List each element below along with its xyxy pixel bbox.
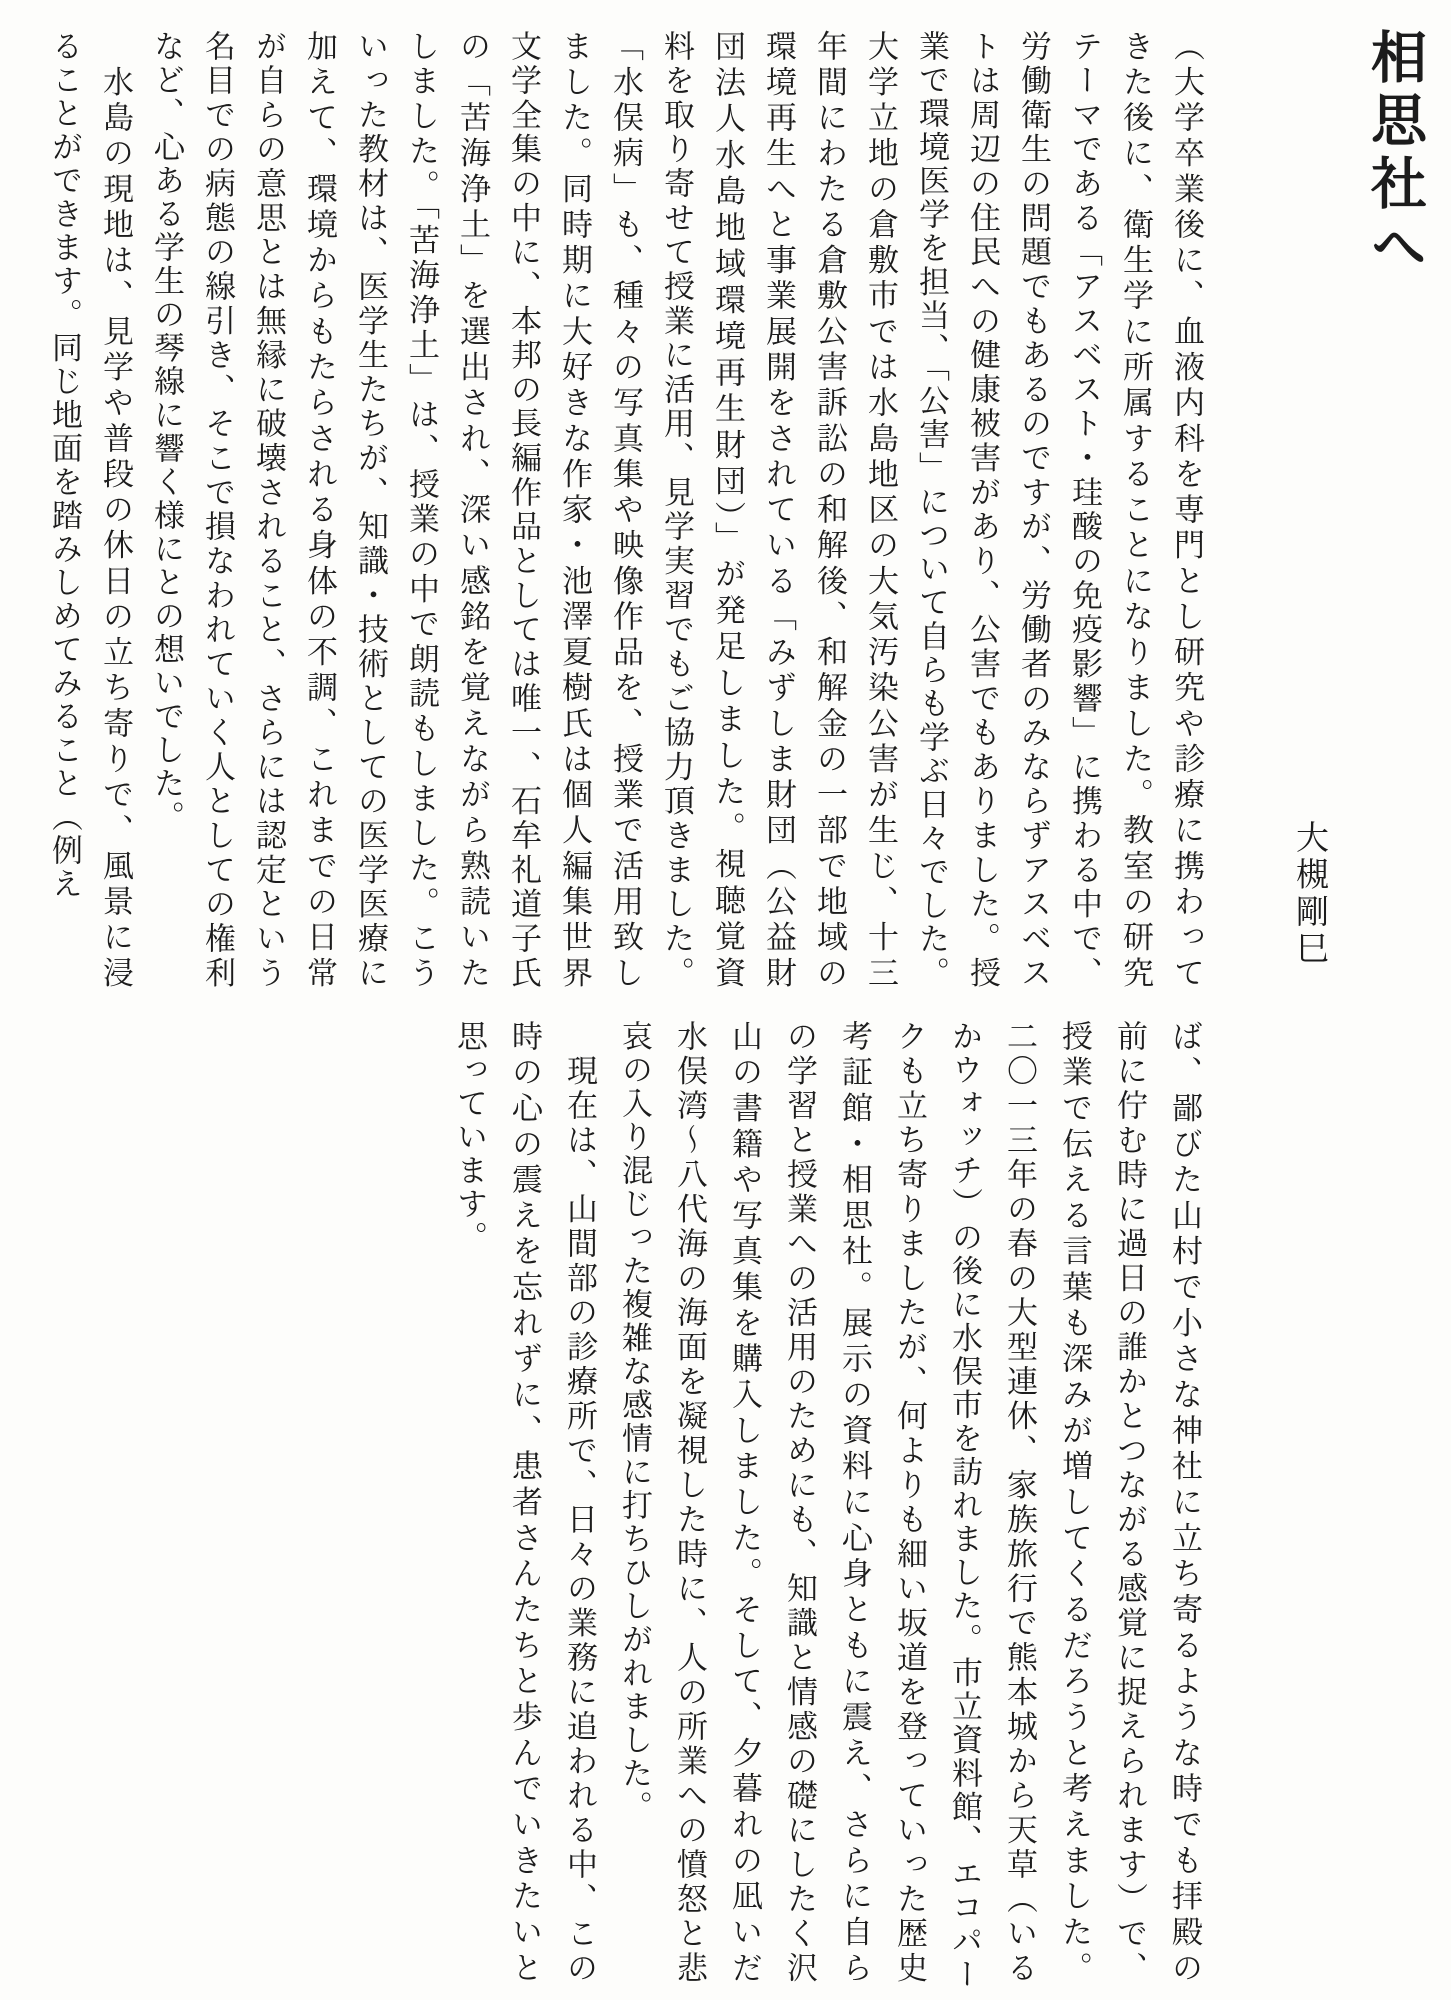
text-column: 労働衛生の問題でもあるのですが、労働者のみならずアスベス — [1008, 30, 1059, 990]
text-column: かウォッチ）の後に水俣市を訪れました。市立資料館、エコパー — [937, 1020, 992, 1985]
text-column: 山の書籍や写真集を購入しました。そして、夕暮れの凪いだ — [717, 1020, 772, 1985]
body-text-upper-block: （大学卒業後に、血液内科を専門とし研究や診療に携わってきた後に、衛生学に所属する… — [39, 30, 1212, 990]
text-column: しました。「苦海浄土」は、授業の中で朗読もしました。こう — [396, 30, 447, 990]
text-column: 授業で伝える言葉も深みが増してくるだろうと考えました。 — [1047, 1020, 1102, 1985]
text-column: の学習と授業への活用のためにも、知識と情感の礎にしたく沢 — [772, 1020, 827, 1985]
body-text-lower-block: ば、鄙びた山村で小さな神社に立ち寄るような時でも拝殿の前に佇む時に過日の誰かとつ… — [442, 1020, 1212, 1985]
text-column: 考証館・相思社。展示の資料に心身ともに震え、さらに自ら — [827, 1020, 882, 1985]
text-column: ました。同時期に大好きな作家・池澤夏樹氏は個人編集世界 — [549, 30, 600, 990]
text-column: 思っています。 — [442, 1020, 497, 1985]
text-column: （大学卒業後に、血液内科を専門とし研究や診療に携わって — [1161, 30, 1212, 990]
text-column: 哀の入り混じった複雑な感情に打ちひしがれました。 — [607, 1020, 662, 1985]
text-column: 環境再生へと事業展開をされている「みずしま財団（公益財 — [753, 30, 804, 990]
text-column: いった教材は、医学生たちが、知識・技術としての医学医療に — [345, 30, 396, 990]
text-column: きた後に、衛生学に所属することになりました。教室の研究 — [1110, 30, 1161, 990]
text-column: の「苦海浄土」を選出され、深い感銘を覚えながら熟読いた — [447, 30, 498, 990]
text-column: 現在は、山間部の診療所で、日々の業務に追われる中、この — [552, 1020, 607, 1985]
text-column: 文学全集の中に、本邦の長編作品としては唯一、石牟礼道子氏 — [498, 30, 549, 990]
text-column: 時の心の震えを忘れずに、患者さんたちと歩んでいきたいと — [497, 1020, 552, 1985]
text-column: 業で環境医学を担当、「公害」について自らも学ぶ日々でした。 — [906, 30, 957, 990]
text-column: 水俣湾〜八代海の海面を凝視した時に、人の所業への憤怒と悲 — [662, 1020, 717, 1985]
text-column: 水島の現地は、見学や普段の休日の立ち寄りで、風景に浸 — [90, 30, 141, 990]
text-column: など、心ある学生の琴線に響く様にとの想いでした。 — [141, 30, 192, 990]
page-title: 相思社へ — [1362, 28, 1428, 280]
document-page: 相思社へ 大槻剛巳 （大学卒業後に、血液内科を専門とし研究や診療に携わってきた後… — [0, 0, 1451, 2000]
text-column: 「水俣病」も、種々の写真集や映像作品を、授業で活用致し — [600, 30, 651, 990]
text-column: テーマである「アスベスト・珪酸の免疫影響」に携わる中で、 — [1059, 30, 1110, 990]
text-column: 年間にわたる倉敷公害訴訟の和解後、和解金の一部で地域の — [804, 30, 855, 990]
text-column: 大学立地の倉敷市では水島地区の大気汚染公害が生じ、十三 — [855, 30, 906, 990]
text-column: ば、鄙びた山村で小さな神社に立ち寄るような時でも拝殿の — [1157, 1020, 1212, 1985]
author-name: 大槻剛巳 — [1286, 820, 1332, 968]
text-column: 料を取り寄せて授業に活用、見学実習でもご協力頂きました。 — [651, 30, 702, 990]
text-column: クも立ち寄りましたが、何よりも細い坂道を登っていった歴史 — [882, 1020, 937, 1985]
text-column: 前に佇む時に過日の誰かとつながる感覚に捉えられます）で、 — [1102, 1020, 1157, 1985]
text-column: ることができます。同じ地面を踏みしめてみること（例え — [39, 30, 90, 990]
text-column: 団法人水島地域環境再生財団）」が発足しました。視聴覚資 — [702, 30, 753, 990]
text-column: 名目での病態の線引き、そこで損なわれていく人としての権利 — [192, 30, 243, 990]
text-column: トは周辺の住民への健康被害があり、公害でもありました。授 — [957, 30, 1008, 990]
text-column: 加えて、環境からもたらされる身体の不調、これまでの日常 — [294, 30, 345, 990]
text-column: が自らの意思とは無縁に破壊されること、さらには認定という — [243, 30, 294, 990]
text-column: 二〇一三年の春の大型連休、家族旅行で熊本城から天草（いる — [992, 1020, 1047, 1985]
